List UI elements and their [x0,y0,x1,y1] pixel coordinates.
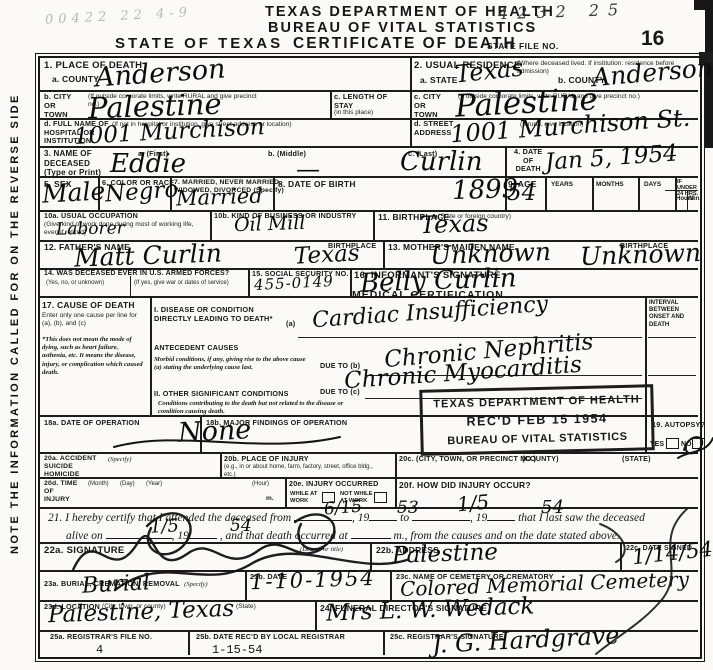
pencil-annotation-left: 00422 22 4-9 [45,5,193,28]
occupation-value: Laborer [56,220,125,238]
injury-city-label: 20c. (CITY, TOWN, OR PRECINCT NO.) [399,455,536,464]
armed-forces-hint2: (If yes, give war or dates of service) [134,280,244,288]
armed-forces-hint1: (Yes, no, or unknown) [46,280,104,288]
injury-county-label: (COUNTY) [522,455,559,464]
disease-label: I. DISEASE OR CONDITION DIRECTLY LEADING… [154,306,273,324]
injury-place-label: 20b. PLACE OF INJURY [224,455,309,464]
form-rule [373,210,375,240]
ssn-value: 455-0149 [254,274,335,293]
residence-city-label: c. CITY OR TOWN [414,92,441,119]
form-rule [40,210,698,212]
injury-day-hint: (Day) [120,481,135,489]
deceased-name-label: 3. NAME OF DECEASED (Type or Print) [44,149,101,178]
operation-flourish [110,425,345,455]
mother-birthplace-value: Unknown [580,240,702,269]
antecedent-label: ANTECEDENT CAUSES [154,344,238,353]
certificate-title: CERTIFICATE OF DEATH [293,35,517,53]
form-rule [150,296,152,415]
first-name-value: Eddie [110,151,186,177]
registrar-file-no-value: 4 [96,643,103,657]
stamp-line1: TEXAS DEPARTMENT OF HEALTH [433,393,640,410]
accident-specify-hint: (Specify) [108,456,131,464]
form-rule [315,600,317,630]
residence-state-value: Texas [454,55,525,86]
stamp-line3: BUREAU OF VITAL STATISTICS [447,430,628,446]
antecedent-hint: Morbid conditions, if any, giving rise t… [154,356,306,372]
other-conditions-hint: Conditions contributing to the death but… [158,400,358,416]
place-county-label: a. COUNTY [52,74,99,84]
age-under24-label: IF UNDER 24 HRS. [677,179,699,197]
age-minutes-label: Min. [689,196,701,202]
form-rule [638,176,640,210]
cause-note2: *This does not mean the mode of dying, s… [42,336,144,377]
last-name-value: Curlin [400,149,482,175]
injury-state-label: (STATE) [622,455,651,464]
residence-state-label: a. STATE [420,75,458,85]
signature-flourish-right [560,500,700,660]
form-rule [210,210,212,240]
attended-to-value: 1/5 [456,492,490,515]
state-file-no-label: STATE FILE NO. [487,41,559,51]
age-days-label: DAYS [644,181,661,188]
injury-year-hint: (Year) [146,481,162,489]
how-injury-label: 20f. HOW DID INJURY OCCUR? [399,480,531,490]
form-rule [188,630,190,655]
form-rule [410,56,412,146]
form-rule [220,452,222,477]
form-rule [130,276,131,296]
interval-label: INTERVAL BETWEEN ONSET AND DEATH [649,300,697,329]
dept-title-line2: BUREAU OF VITAL STATISTICS [268,20,537,36]
pencil-annotation-right: 4232 25 [498,2,628,22]
father-name-value: Matt Curlin [74,240,223,270]
scan-edge-mark [694,0,713,10]
cause-note1: Enter only one cause per line for (a), (… [42,312,142,328]
physician-signature-scrawl [55,492,435,602]
age-value: 54 [507,182,536,205]
street-label: d. STREET ADDRESS [414,120,454,138]
interval-rule [648,337,696,338]
marital-value: Married [176,185,263,209]
stamp-line2: REC'D FEB 15 1954 [466,411,607,428]
age-years-label: YEARS [551,181,573,188]
autopsy-no-scribble [676,428,713,464]
form-rule [592,176,594,210]
injury-month-hint: (Month) [88,481,109,489]
form-rule [383,630,385,655]
state-of-texas-title: STATE OF TEXAS [115,35,283,52]
form-rule [330,90,332,118]
place-city-label: b. CITY OR TOWN [44,92,72,119]
margin-note: NOTE THE INFORMATION CALLED FOR ON THE R… [9,142,21,554]
industry-value: Oil Mill [234,214,306,235]
birthplace-value: Texas [420,211,489,237]
race-value: Negro [104,178,179,206]
form-rule [248,268,250,296]
father-birthplace-value: Texas [293,242,360,268]
received-stamp: TEXAS DEPARTMENT OF HEALTH REC'D FEB 15 … [419,384,655,456]
form-rule [545,176,547,210]
registrar-file-no-label: 25a. REGISTRAR'S FILE NO. [50,633,152,642]
injury-hour-hint: (Hour) [252,481,269,489]
length-of-stay-hint: (in this place) [334,109,373,117]
cause-of-death-label: 17. CAUSE OF DEATH [42,300,142,310]
other-conditions-label: II. OTHER SIGNIFICANT CONDITIONS [154,390,289,399]
registrar-date-value: 1-15-54 [212,643,262,657]
injury-place-hint: (e.g., in or about home, farm, factory, … [224,464,374,479]
blank-to-year [487,511,515,521]
accident-label: 20a. ACCIDENT SUICIDE HOMICIDE [44,455,97,479]
informant-value: Belly Curlin [360,265,517,296]
state-file-no-value: 16 [641,27,664,51]
cause-a-tag: (a) [286,320,295,329]
interval-rule [648,375,696,376]
date-of-death-label: 4. DATE OF DEATH [514,148,542,174]
burial-location-hint2: (State) [236,603,256,611]
age-months-label: MONTHS [596,181,624,188]
middle-name-value: — [296,157,320,181]
form-rule [383,240,385,268]
registrar-date-label: 25b. DATE REC'D BY LOCAL REGISTRAR [196,633,345,642]
injury-occurred-label: 20e. INJURY OCCURRED [289,480,378,489]
death-certificate-scan: 00422 22 4-9 TEXAS DEPARTMENT OF HEALTH … [0,0,713,670]
sex-value: Male [41,178,106,206]
